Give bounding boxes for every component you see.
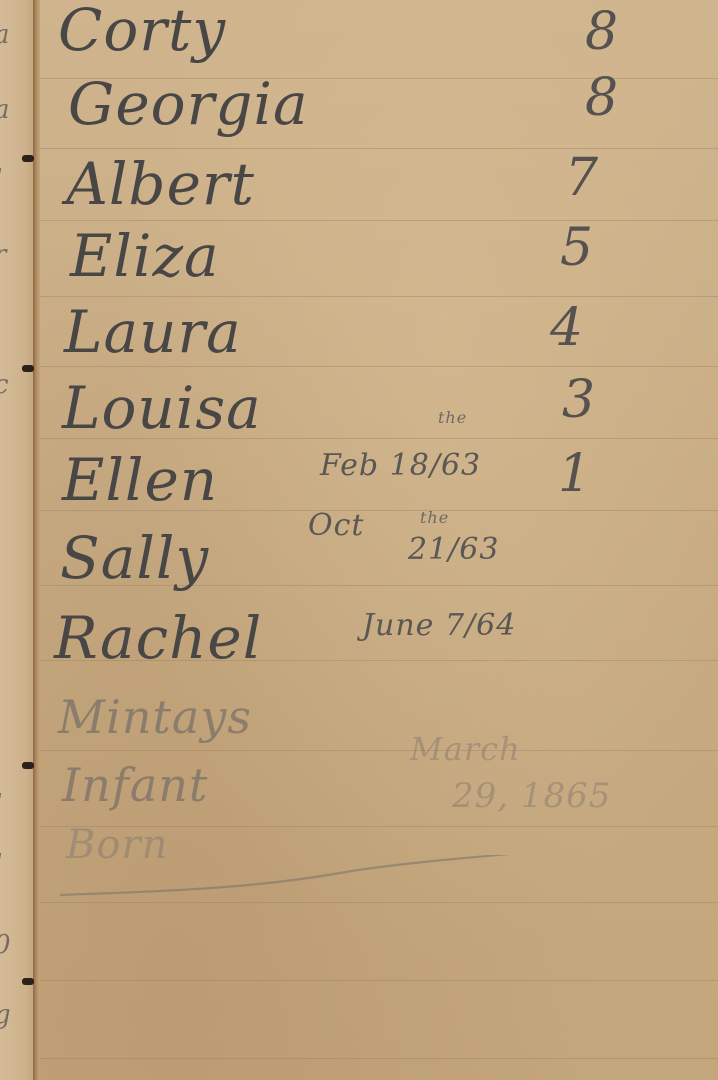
entry-date-superscript: the [438, 408, 467, 427]
facing-page-fragment: l [0, 850, 2, 880]
facing-page: a a l r c l l 0 g [0, 0, 36, 1080]
ruled-line [40, 220, 718, 221]
ruled-line [40, 1058, 718, 1059]
entry-date: 21/63 [408, 532, 499, 567]
entry-age: 5 [560, 218, 594, 278]
facing-page-fragment: r [0, 240, 6, 270]
entry-name: Albert [66, 150, 255, 218]
pencil-stroke [60, 855, 718, 915]
entry-age: 8 [585, 68, 619, 128]
facing-page-fragment: l [0, 165, 2, 195]
note-line: Mintays [58, 690, 252, 744]
entry-age: 8 [585, 2, 619, 62]
binding-stitch [22, 978, 34, 985]
entry-name: Louisa [62, 374, 262, 442]
facing-page-fragment: l [0, 790, 2, 820]
entry-name: Corty [58, 0, 226, 64]
binding-stitch [22, 762, 34, 769]
note-line: Infant [62, 758, 208, 812]
binding-stitch [22, 155, 34, 162]
facing-page-fragment: c [0, 370, 9, 400]
entry-name: Rachel [54, 604, 262, 672]
entry-age: 7 [565, 148, 599, 208]
ruled-line [40, 750, 718, 751]
note-date: 29, 1865 [452, 776, 611, 816]
entry-name: Sally [60, 524, 209, 592]
facing-page-fragment: a [0, 20, 10, 50]
entry-name: Ellen [62, 446, 218, 514]
entry-date: Feb 18/63 [320, 448, 481, 483]
entry-name: Laura [64, 298, 242, 366]
ruled-line [40, 296, 718, 297]
entry-name: Georgia [68, 70, 309, 138]
entry-date: June 7/64 [362, 608, 516, 643]
ledger-page: Corty 8 Georgia 8 Albert 7 Eliza 5 Laura… [40, 0, 718, 1080]
ruled-line [40, 148, 718, 149]
entry-age: 4 [550, 298, 584, 358]
entry-name: Eliza [70, 222, 220, 290]
entry-age: 1 [558, 444, 592, 504]
facing-page-fragment: 0 [0, 930, 11, 960]
facing-page-fragment: a [0, 95, 10, 125]
binding-stitch [22, 365, 34, 372]
entry-date-month: Oct [308, 508, 364, 543]
facing-page-fragment: g [0, 1000, 11, 1030]
note-date-month: March [410, 730, 521, 768]
entry-date-superscript: the [420, 508, 449, 527]
ledger-photo: a a l r c l l 0 g Corty 8 Georgia 8 [0, 0, 718, 1080]
ruled-line [40, 366, 718, 367]
entry-age: 3 [562, 370, 596, 430]
ruled-line [40, 980, 718, 981]
